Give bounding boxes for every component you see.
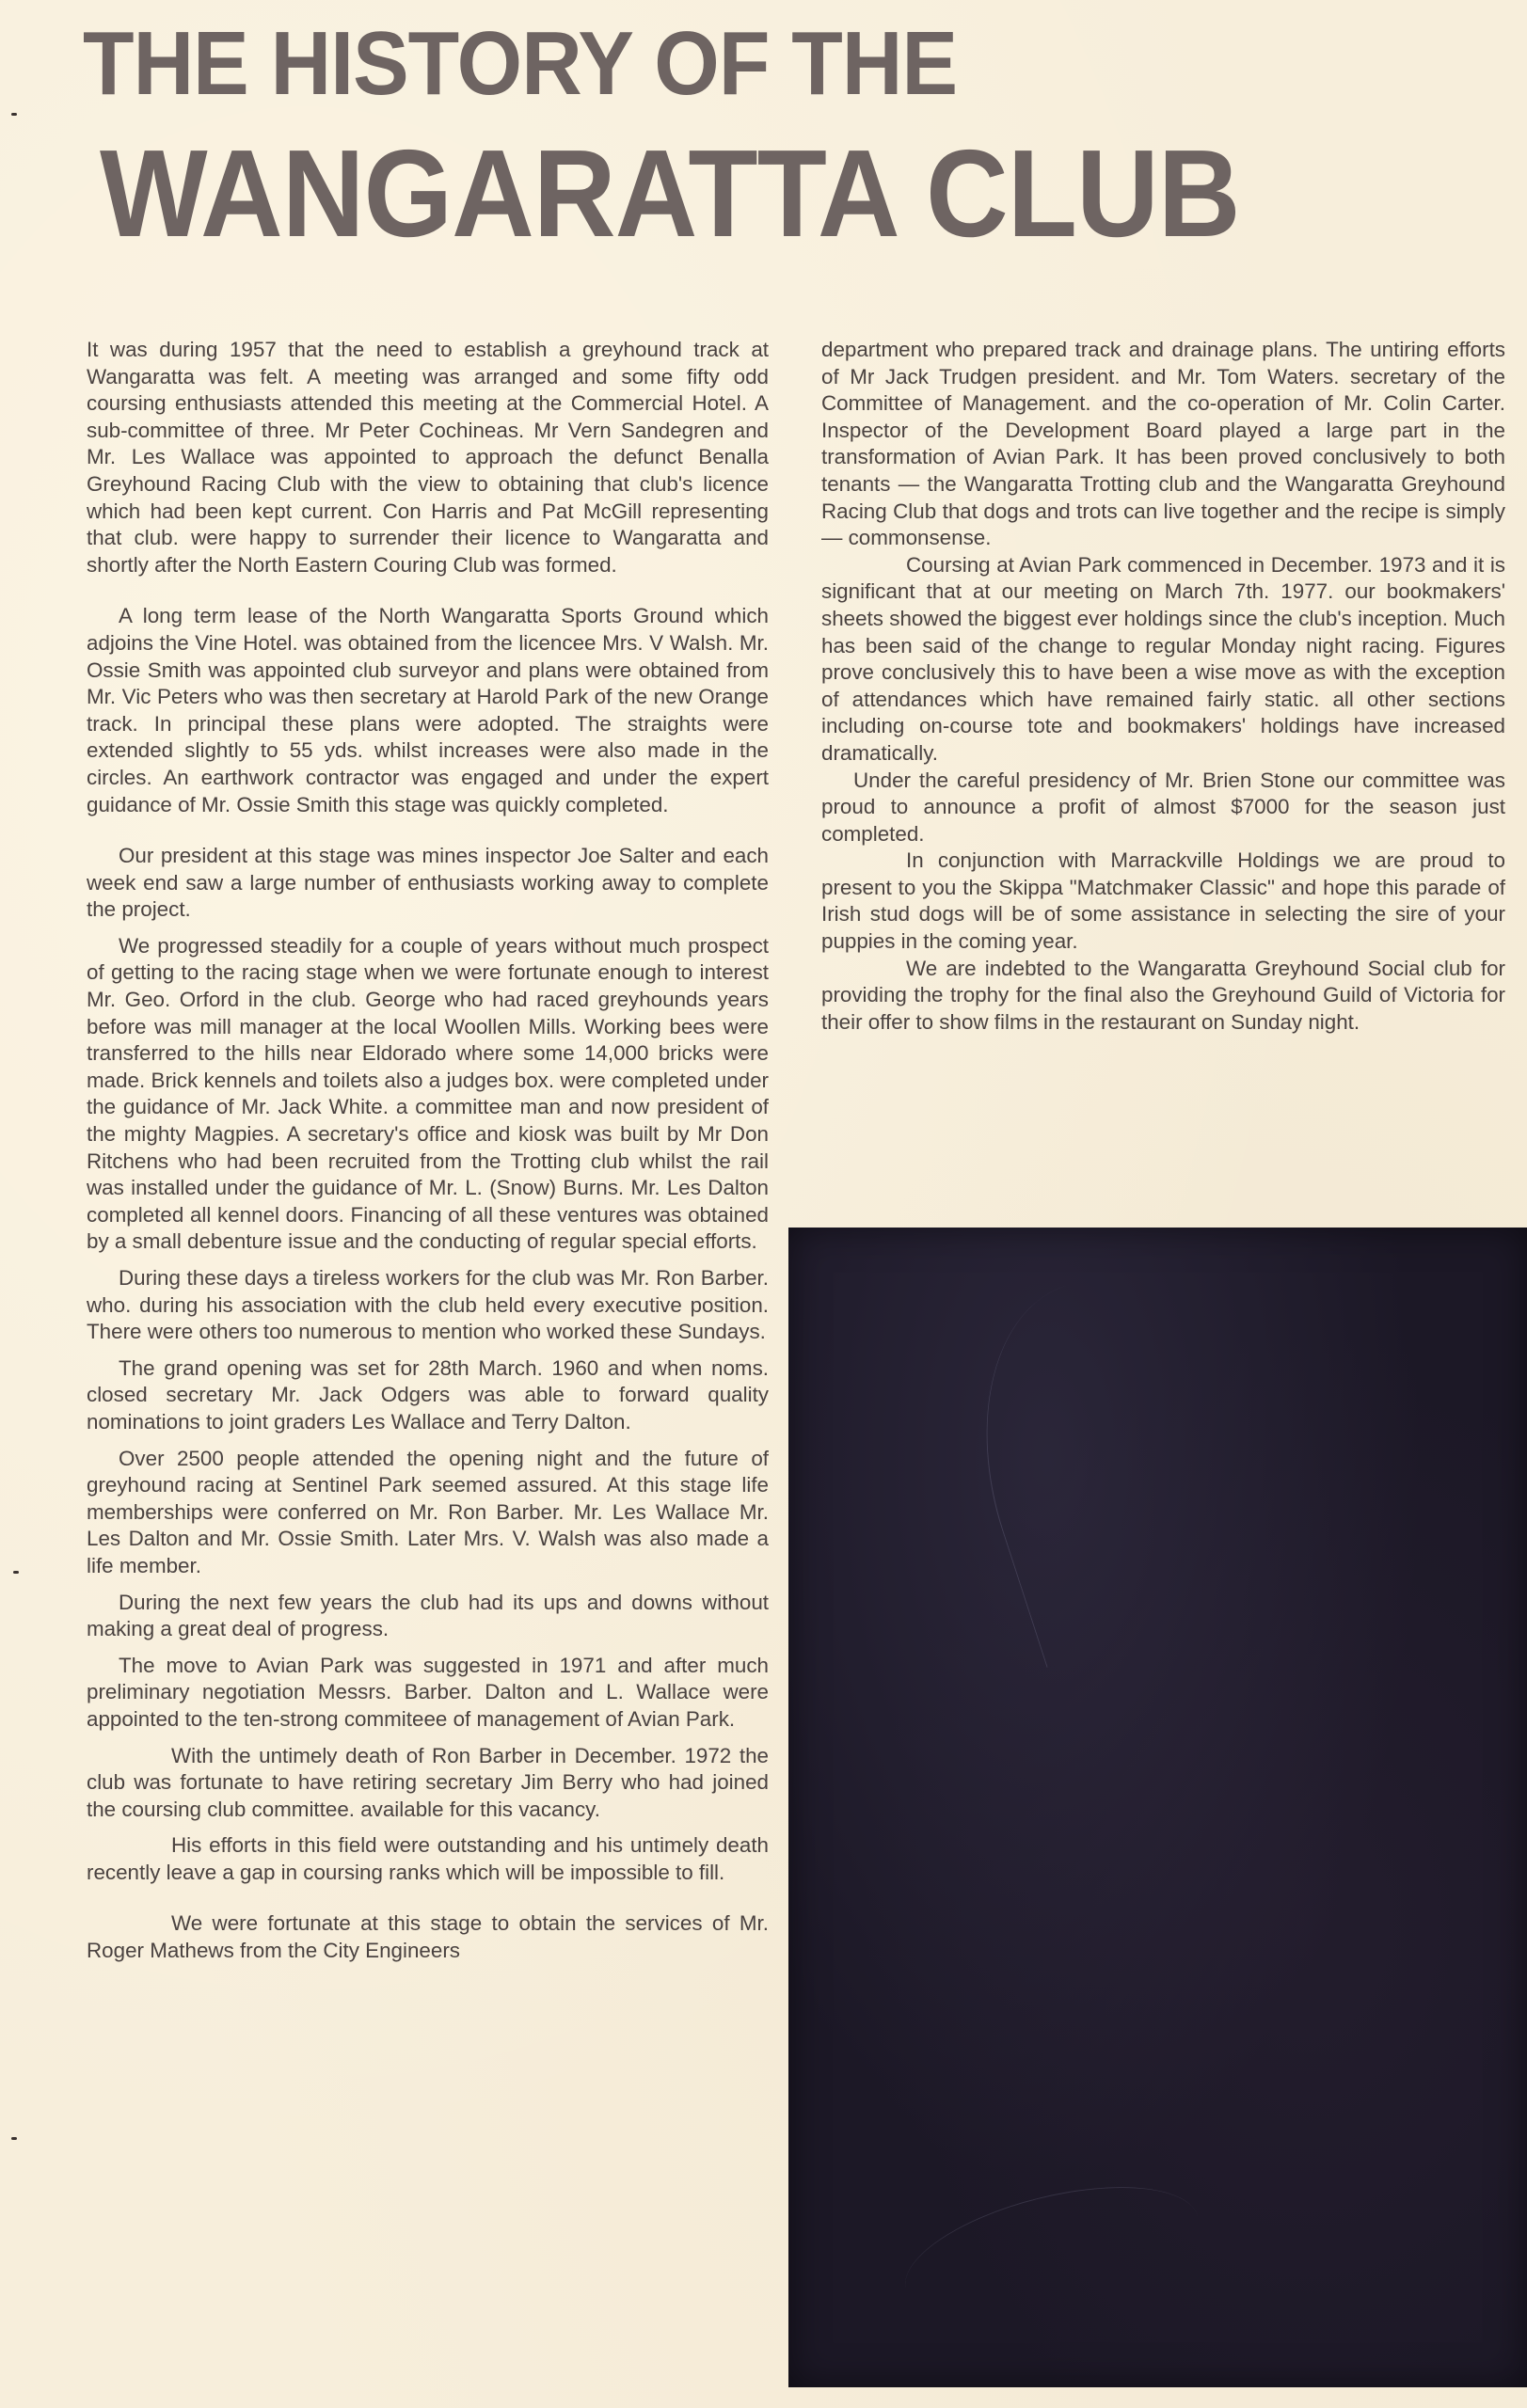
paragraph-13: department who prepared track and draina… bbox=[821, 337, 1505, 552]
headline-line-2: WANGARATTA CLUB bbox=[100, 132, 1240, 256]
margin-speck bbox=[13, 1571, 19, 1574]
left-column: It was during 1957 that the need to esta… bbox=[87, 337, 769, 1974]
paragraph-17: We are indebted to the Wangaratta Greyho… bbox=[821, 956, 1505, 1037]
paragraph-5: During these days a tireless workers for… bbox=[87, 1265, 769, 1346]
paragraph-9: The move to Avian Park was suggested in … bbox=[87, 1653, 769, 1734]
paragraph-4: We progressed steadily for a couple of y… bbox=[87, 933, 769, 1256]
right-column: department who prepared track and draina… bbox=[821, 337, 1505, 1036]
paragraph-14: Coursing at Avian Park commenced in Dece… bbox=[821, 552, 1505, 768]
paragraph-2: A long term lease of the North Wangaratt… bbox=[87, 603, 769, 818]
margin-speck bbox=[11, 113, 17, 116]
paragraph-12: We were fortunate at this stage to obtai… bbox=[87, 1910, 769, 1964]
dark-photo-area bbox=[788, 1228, 1527, 2387]
paragraph-3: Our president at this stage was mines in… bbox=[87, 843, 769, 924]
headline-line-1: THE HISTORY OF THE bbox=[83, 19, 1251, 109]
article-headline: THE HISTORY OF THE WANGARATTA CLUB bbox=[83, 19, 1339, 256]
paragraph-1: It was during 1957 that the need to esta… bbox=[87, 337, 769, 578]
margin-speck bbox=[11, 2137, 17, 2140]
paragraph-10: With the untimely death of Ron Barber in… bbox=[87, 1743, 769, 1824]
paragraph-6: The grand opening was set for 28th March… bbox=[87, 1355, 769, 1436]
paragraph-7: Over 2500 people attended the opening ni… bbox=[87, 1446, 769, 1580]
paragraph-8: During the next few years the club had i… bbox=[87, 1590, 769, 1643]
paragraph-15: Under the careful presidency of Mr. Brie… bbox=[821, 768, 1505, 848]
paragraph-16: In conjunction with Marrackville Holding… bbox=[821, 848, 1505, 955]
paragraph-11: His efforts in this field were outstandi… bbox=[87, 1832, 769, 1886]
